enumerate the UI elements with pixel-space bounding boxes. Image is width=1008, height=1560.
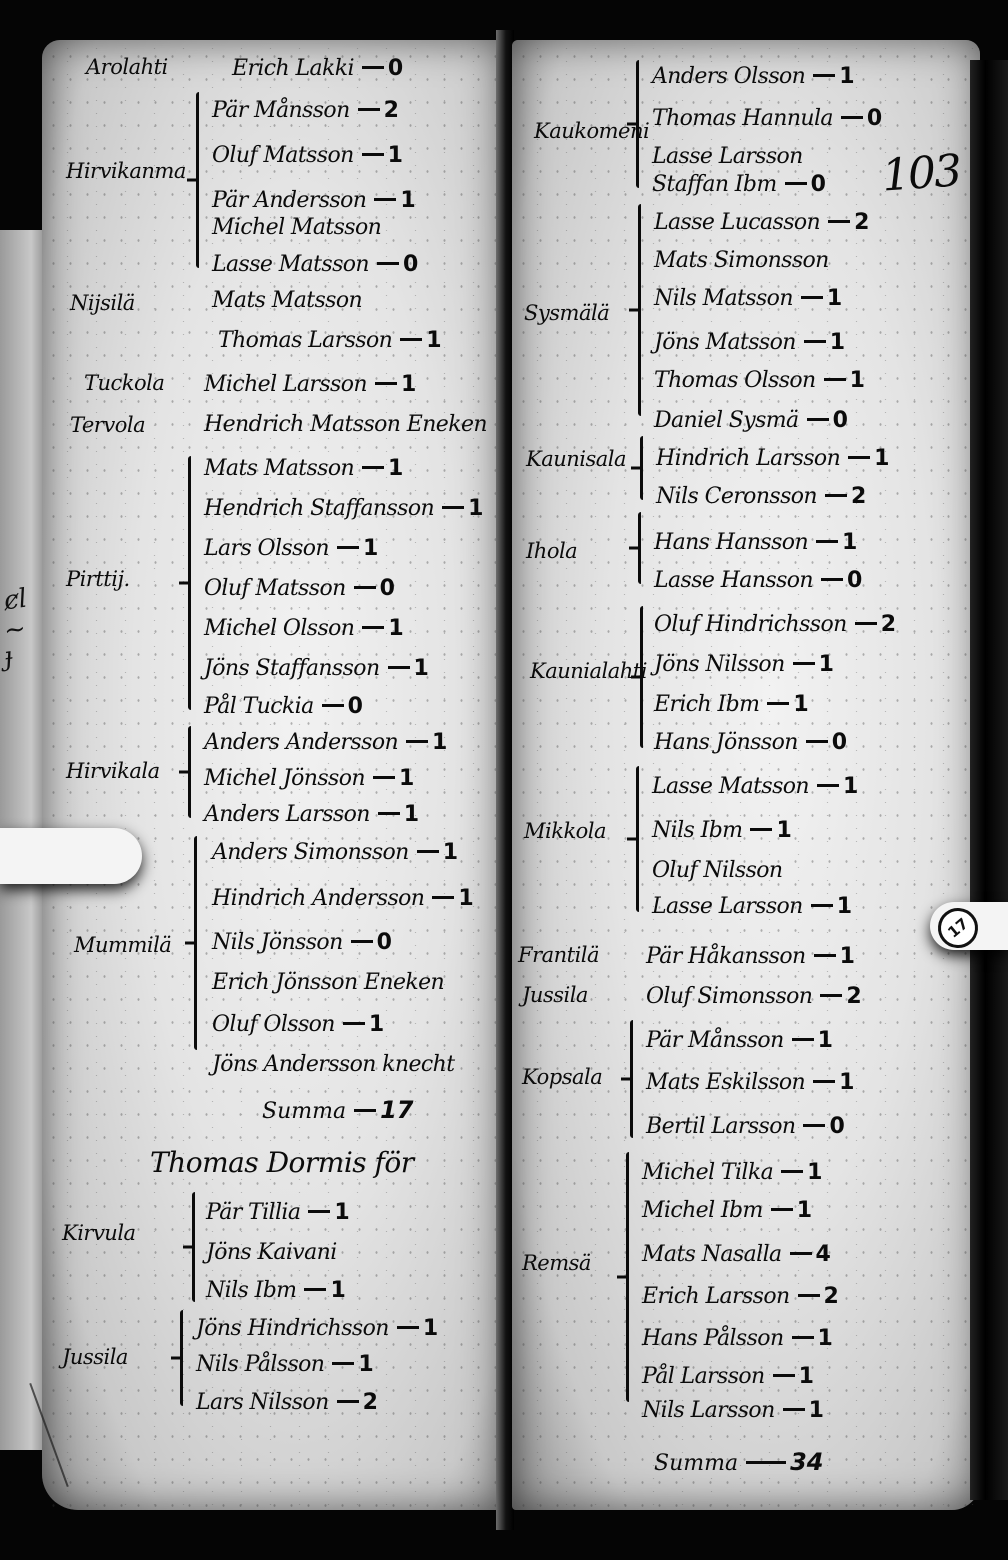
name-row: Nils Pålsson1 — [196, 1352, 374, 1377]
tally: 1 — [842, 530, 857, 555]
name-row: Pär Månsson1 — [646, 1028, 833, 1053]
name-row: Nils Ceronsson2 — [656, 484, 866, 509]
person-name: Hans Jönsson — [654, 730, 798, 755]
tally: 1 — [840, 944, 855, 969]
name-row: Michel Ibm1 — [642, 1198, 812, 1223]
person-name: Jöns Andersson knecht — [212, 1052, 454, 1077]
tally: 1 — [334, 1200, 349, 1225]
person-name: Nils Pålsson — [196, 1352, 324, 1377]
name-row: Pål Larsson1 — [642, 1364, 814, 1389]
grouping-brace — [192, 1192, 195, 1302]
name-row: Pär Andersson1 — [212, 188, 416, 213]
tally: 1 — [819, 652, 834, 677]
grouping-brace — [188, 726, 191, 818]
place-name: Tuckola — [84, 372, 164, 394]
person-name: Mats Matsson — [212, 288, 362, 313]
person-name: Lasse Larsson — [652, 894, 803, 919]
place-name: Kaukomeni — [534, 120, 634, 142]
name-row: Nils Jönsson0 — [212, 930, 392, 955]
tally: 1 — [843, 774, 858, 799]
person-name: Hans Pålsson — [642, 1326, 784, 1351]
tally: 0 — [388, 56, 403, 81]
name-row: Mats Nasalla4 — [642, 1242, 831, 1267]
bookmark-tab-right: 17 — [930, 902, 1008, 950]
name-row: Anders Larsson1 — [204, 802, 419, 827]
fragment-glyph: ȼl — [2, 584, 29, 617]
fragment-glyph: ɟ — [2, 642, 14, 673]
place-name: Frantilä — [518, 944, 599, 966]
place-name: Tervola — [70, 414, 145, 436]
name-row: Thomas Olsson1 — [654, 368, 865, 393]
name-row: Hendrich Matsson Eneken — [204, 412, 487, 437]
person-name: Pål Larsson — [642, 1364, 765, 1389]
person-name: Anders Andersson — [204, 730, 398, 755]
place-name: Sysmälä — [524, 302, 624, 324]
tally: 2 — [851, 484, 866, 509]
person-name: Oluf Matsson — [204, 576, 346, 601]
person-name: Anders Larsson — [204, 802, 370, 827]
name-row: Oluf Matsson1 — [212, 143, 403, 168]
tally: 1 — [388, 456, 403, 481]
name-row: Michel Jönsson1 — [204, 766, 414, 791]
name-row: Oluf Simonsson2 — [646, 984, 862, 1009]
tally: 1 — [797, 1198, 812, 1223]
person-name: Lasse Hansson — [654, 568, 813, 593]
tally: 0 — [380, 576, 395, 601]
tally: 0 — [377, 930, 392, 955]
name-row: Jöns Staffansson1 — [204, 656, 429, 681]
tally: 1 — [358, 1352, 373, 1377]
name-row: Hans Jönsson0 — [654, 730, 847, 755]
person-name: Erich Jönsson Eneken — [212, 970, 444, 995]
subtotal-row: Summa34 — [654, 1448, 824, 1476]
tally: 1 — [799, 1364, 814, 1389]
tally: 2 — [846, 984, 861, 1009]
place-name: Nijsilä — [70, 292, 135, 314]
tally: 1 — [468, 496, 483, 521]
tally: 1 — [388, 143, 403, 168]
tally: 1 — [818, 1028, 833, 1053]
place-name: Jussila — [522, 984, 588, 1006]
name-row: Nils Larsson1 — [642, 1398, 824, 1423]
name-row: Jöns Kaivani — [206, 1240, 337, 1265]
tally: 4 — [816, 1242, 831, 1267]
name-row: Lars Olsson1 — [204, 536, 378, 561]
person-name: Jöns Nilsson — [654, 652, 785, 677]
person-name: Jöns Staffansson — [204, 656, 380, 681]
name-row: Oluf Olsson1 — [212, 1012, 384, 1037]
tally: 0 — [811, 172, 826, 197]
tally: 1 — [369, 1012, 384, 1037]
grouping-brace — [626, 1152, 629, 1402]
person-name: Michel Olsson — [204, 616, 354, 641]
place-name: Hirvikala — [66, 760, 160, 782]
name-row: Erich Jönsson Eneken — [212, 970, 444, 995]
person-name: Pär Håkansson — [646, 944, 806, 969]
name-row: Michel Olsson1 — [204, 616, 404, 641]
person-name: Oluf Olsson — [212, 1012, 335, 1037]
place-name: Kopsala — [522, 1066, 602, 1088]
subtotal-label: Summa — [654, 1451, 738, 1476]
person-name: Thomas Larsson — [218, 328, 392, 353]
name-row: Jöns Hindrichsson1 — [196, 1316, 438, 1341]
person-name: Oluf Simonsson — [646, 984, 812, 1009]
person-name: Jöns Hindrichsson — [196, 1316, 389, 1341]
grouping-brace — [636, 766, 639, 912]
name-row: Lasse Hansson0 — [654, 568, 862, 593]
place-name: Arolahti — [86, 56, 168, 78]
section-heading: Thomas Dormis för — [150, 1146, 414, 1179]
tally: 2 — [854, 210, 869, 235]
name-row: Thomas Hannula0 — [652, 106, 882, 131]
tally: 0 — [832, 730, 847, 755]
name-row: Hindrich Larsson1 — [656, 446, 889, 471]
person-name: Michel Matsson — [212, 215, 381, 240]
tally: 2 — [881, 612, 896, 637]
person-name: Michel Jönsson — [204, 766, 365, 791]
tally: 2 — [824, 1284, 839, 1309]
person-name: Nils Ceronsson — [656, 484, 817, 509]
person-name: Mats Nasalla — [642, 1242, 782, 1267]
person-name: Daniel Sysmä — [654, 408, 799, 433]
name-row: Erich Ibm1 — [654, 692, 809, 717]
person-name: Anders Olsson — [652, 64, 805, 89]
tally: 1 — [404, 802, 419, 827]
person-name: Pär Andersson — [212, 188, 366, 213]
grouping-brace — [188, 456, 191, 710]
tally: 1 — [818, 1326, 833, 1351]
name-row: Lars Nilsson2 — [196, 1390, 378, 1415]
name-row: Lasse Larsson1 — [652, 894, 852, 919]
tally: 0 — [403, 252, 418, 277]
name-row: Nils Ibm1 — [206, 1278, 346, 1303]
manuscript-spread: ȼl ~ ɟ 103 Arolahti Erich Lakki0 Hirvika… — [0, 0, 1008, 1560]
tally: 1 — [850, 368, 865, 393]
person-name: Hans Hansson — [654, 530, 808, 555]
tally: 1 — [837, 894, 852, 919]
tally: 1 — [458, 886, 473, 911]
person-name: Pål Tuckia — [204, 694, 314, 719]
name-row: Mats Matsson1 — [204, 456, 403, 481]
place-name: Mummilä — [74, 934, 171, 956]
person-name: Pär Månsson — [646, 1028, 784, 1053]
person-name: Michel Tilka — [642, 1160, 773, 1185]
grouping-brace — [638, 512, 641, 584]
folio-number: 103 — [880, 145, 961, 201]
name-row: Jöns Nilsson1 — [654, 652, 834, 677]
name-row: Staffan Ibm0 — [652, 172, 826, 197]
person-name: Michel Larsson — [204, 372, 367, 397]
grouping-brace — [640, 436, 643, 500]
grouping-brace — [196, 92, 199, 268]
person-name: Jöns Matsson — [654, 330, 796, 355]
name-row: Michel Tilka1 — [642, 1160, 822, 1185]
name-row: Lasse Lucasson2 — [654, 210, 869, 235]
person-name: Anders Simonsson — [212, 840, 409, 865]
tally: 1 — [827, 286, 842, 311]
name-row: Erich Larsson2 — [642, 1284, 839, 1309]
name-row: Hans Pålsson1 — [642, 1326, 833, 1351]
name-row: Anders Andersson1 — [204, 730, 447, 755]
grouping-brace — [638, 204, 641, 416]
name-row: Thomas Larsson1 — [218, 328, 442, 353]
tally: 1 — [807, 1160, 822, 1185]
name-row: Lasse Larsson — [652, 144, 803, 169]
tally: 1 — [809, 1398, 824, 1423]
tally: 1 — [426, 328, 441, 353]
person-name: Hindrich Larsson — [656, 446, 840, 471]
person-name: Nils Larsson — [642, 1398, 775, 1423]
place-name: Kaunisala — [526, 448, 626, 470]
person-name: Hendrich Matsson Eneken — [204, 412, 487, 437]
tally: 0 — [847, 568, 862, 593]
person-name: Bertil Larsson — [646, 1114, 795, 1139]
person-name: Lars Olsson — [204, 536, 329, 561]
place-name: Pirttij. — [66, 568, 130, 590]
name-row: Anders Simonsson1 — [212, 840, 458, 865]
tally: 1 — [400, 188, 415, 213]
name-row: Oluf Hindrichsson2 — [654, 612, 896, 637]
name-row: Oluf Nilsson — [652, 858, 783, 883]
name-row: Bertil Larsson0 — [646, 1114, 845, 1139]
person-name: Hendrich Staffansson — [204, 496, 434, 521]
name-row: Mats Simonsson — [654, 248, 829, 273]
place-name: Mikkola — [524, 820, 606, 842]
person-name: Oluf Hindrichsson — [654, 612, 847, 637]
name-row: Anders Olsson1 — [652, 64, 855, 89]
tally: 1 — [399, 766, 414, 791]
person-name: Mats Simonsson — [654, 248, 829, 273]
name-row: Mats Matsson — [212, 288, 362, 313]
tally: 0 — [348, 694, 363, 719]
tally: 1 — [793, 692, 808, 717]
tally: 1 — [401, 372, 416, 397]
name-row: Pär Håkansson1 — [646, 944, 855, 969]
place-name: Kaunialahti — [530, 660, 630, 682]
page-edge-shadow — [970, 60, 1008, 1500]
name-row: Jöns Andersson knecht — [212, 1052, 454, 1077]
person-name: Jöns Kaivani — [206, 1240, 337, 1265]
tally: 1 — [423, 1316, 438, 1341]
tally: 1 — [363, 536, 378, 561]
tally: 1 — [874, 446, 889, 471]
person-name: Erich Lakki — [232, 56, 354, 81]
person-name: Thomas Hannula — [652, 106, 833, 131]
person-name: Staffan Ibm — [652, 172, 777, 197]
tally: 1 — [330, 1278, 345, 1303]
person-name: Lasse Matsson — [652, 774, 809, 799]
place-name: Kirvula — [62, 1222, 136, 1244]
tally: 1 — [432, 730, 447, 755]
name-row: Erich Lakki0 — [232, 56, 403, 81]
name-row: Pär Månsson2 — [212, 98, 399, 123]
person-name: Lasse Matsson — [212, 252, 369, 277]
name-row: Michel Matsson — [212, 215, 381, 240]
person-name: Erich Larsson — [642, 1284, 790, 1309]
tally: 1 — [776, 818, 791, 843]
name-row: Jöns Matsson1 — [654, 330, 845, 355]
name-row: Nils Matsson1 — [654, 286, 842, 311]
name-row: Michel Larsson1 — [204, 372, 416, 397]
person-name: Thomas Olsson — [654, 368, 816, 393]
person-name: Oluf Nilsson — [652, 858, 783, 883]
name-row: Lasse Matsson1 — [652, 774, 858, 799]
name-row: Hans Hansson1 — [654, 530, 857, 555]
place-name: Hirvikanma — [66, 160, 176, 182]
name-row: Hindrich Andersson1 — [212, 886, 474, 911]
person-name: Lasse Lucasson — [654, 210, 820, 235]
name-row: Daniel Sysmä0 — [654, 408, 848, 433]
person-name: Nils Ibm — [206, 1278, 296, 1303]
person-name: Nils Matsson — [654, 286, 793, 311]
name-row: Pär Tillia1 — [206, 1200, 350, 1225]
person-name: Mats Eskilsson — [646, 1070, 805, 1095]
place-name: Jussila — [62, 1346, 128, 1368]
place-name: Remsä — [522, 1252, 591, 1274]
grouping-brace — [180, 1310, 183, 1406]
tally: 2 — [384, 98, 399, 123]
person-name: Lars Nilsson — [196, 1390, 329, 1415]
name-row: Mats Eskilsson1 — [646, 1070, 854, 1095]
bookmark-tab-left — [0, 828, 142, 884]
tally: 1 — [388, 616, 403, 641]
grouping-brace — [636, 60, 639, 188]
tally: 0 — [829, 1114, 844, 1139]
tally: 0 — [867, 106, 882, 131]
person-name: Nils Ibm — [652, 818, 742, 843]
person-name: Pär Tillia — [206, 1200, 300, 1225]
person-name: Oluf Matsson — [212, 143, 354, 168]
tally: 2 — [363, 1390, 378, 1415]
tally: 1 — [839, 64, 854, 89]
person-name: Pär Månsson — [212, 98, 350, 123]
person-name: Nils Jönsson — [212, 930, 343, 955]
subtotal-value: 34 — [790, 1448, 823, 1476]
name-row: Hendrich Staffansson1 — [204, 496, 483, 521]
name-row: Pål Tuckia0 — [204, 694, 363, 719]
tally: 0 — [833, 408, 848, 433]
grouping-brace — [194, 836, 197, 1050]
person-name: Michel Ibm — [642, 1198, 763, 1223]
grouping-brace — [630, 1020, 633, 1138]
name-row: Nils Ibm1 — [652, 818, 792, 843]
subtotal-value: 17 — [380, 1096, 413, 1124]
name-row: Oluf Matsson0 — [204, 576, 395, 601]
tally: 1 — [443, 840, 458, 865]
person-name: Hindrich Andersson — [212, 886, 424, 911]
person-name: Lasse Larsson — [652, 144, 803, 169]
tally: 1 — [839, 1070, 854, 1095]
tally: 1 — [830, 330, 845, 355]
person-name: Mats Matsson — [204, 456, 354, 481]
tally: 1 — [414, 656, 429, 681]
person-name: Erich Ibm — [654, 692, 759, 717]
subtotal-row: Summa17 — [262, 1096, 414, 1124]
subtotal-label: Summa — [262, 1099, 346, 1124]
grouping-brace — [640, 606, 643, 748]
name-row: Lasse Matsson0 — [212, 252, 418, 277]
place-name: Ihola — [526, 540, 577, 562]
